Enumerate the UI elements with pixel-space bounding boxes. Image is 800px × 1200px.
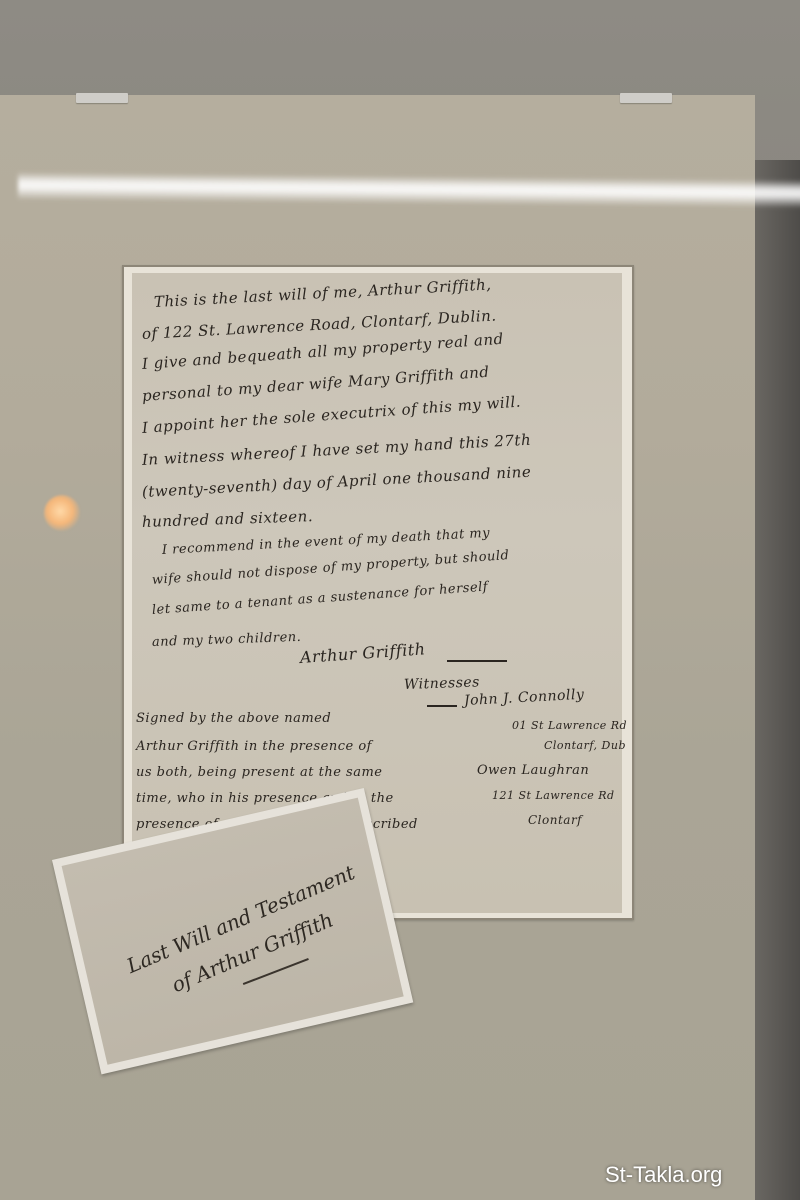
witness-2-address: Clontarf (528, 813, 582, 827)
witness-2-address: 121 St Lawrence Rd (492, 789, 615, 802)
will-line: (twenty-seventh) day of April one thousa… (142, 463, 532, 501)
witness-1-address: Clontarf, Dub (544, 739, 626, 752)
will-document: This is the last will of me, Arthur Grif… (132, 273, 622, 913)
will-line: let same to a tenant as a sustenance for… (151, 580, 488, 618)
witness-dash (427, 705, 457, 707)
watermark: St-Takla.org (605, 1162, 722, 1188)
testator-signature: Arthur Griffith (299, 639, 426, 667)
will-line: hundred and sixteen. (142, 507, 314, 531)
mounting-clip-left (76, 93, 128, 103)
background-wall (755, 160, 800, 1200)
attestation-line: Arthur Griffith in the presence of (136, 739, 372, 754)
attestation-line: Signed by the above named (136, 711, 331, 726)
signature-rule (447, 660, 507, 662)
witness-1-address: 01 St Lawrence Rd (512, 719, 627, 732)
will-line: and my two children. (152, 630, 302, 650)
will-line: This is the last will of me, Arthur Grif… (154, 275, 492, 311)
witnesses-label: Witnesses (404, 674, 480, 693)
witness-1-name: John J. Connolly (464, 687, 585, 709)
attestation-line: us both, being present at the same (136, 765, 382, 780)
will-line: In witness whereof I have set my hand th… (142, 431, 532, 469)
lamp-reflection (44, 495, 80, 531)
witness-2-name: Owen Laughran (477, 763, 589, 778)
mounting-clip-right (620, 93, 672, 103)
